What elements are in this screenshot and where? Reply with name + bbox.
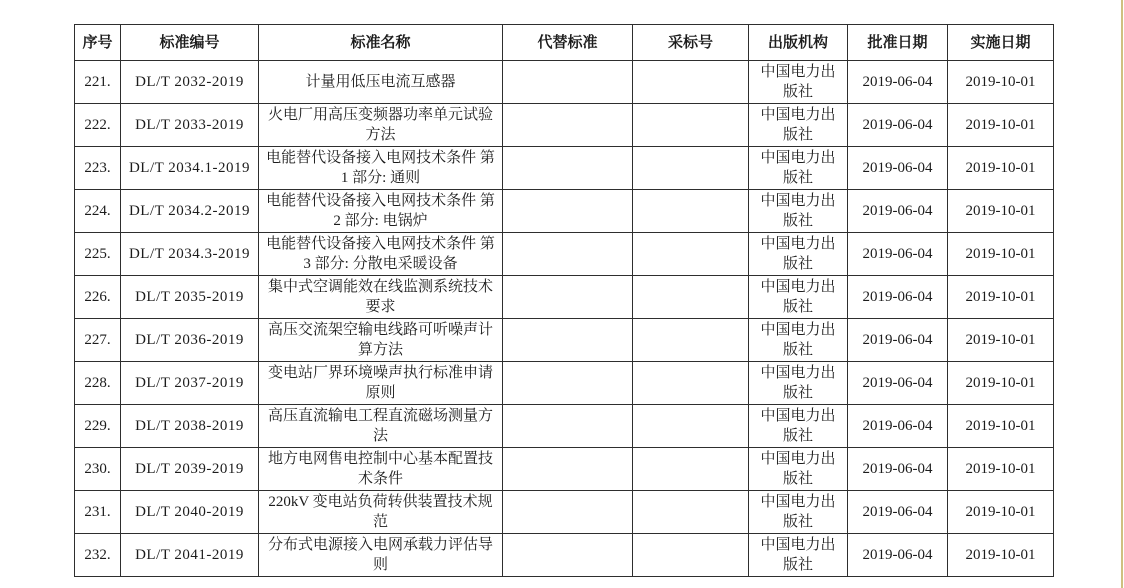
cell-num: 229. [75, 405, 121, 448]
cell-replaced [503, 405, 633, 448]
cell-name: 地方电网售电控制中心基本配置技 术条件 [259, 448, 503, 491]
cell-publisher: 中国电力出 版社 [749, 362, 848, 405]
cell-implemented: 2019-10-01 [948, 190, 1054, 233]
cell-implemented: 2019-10-01 [948, 319, 1054, 362]
cell-implemented: 2019-10-01 [948, 233, 1054, 276]
cell-adopted [633, 147, 749, 190]
column-header-adopted: 采标号 [633, 25, 749, 61]
table-row: 221.DL/T 2032-2019计量用低压电流互感器中国电力出 版社2019… [75, 61, 1054, 104]
cell-num: 232. [75, 534, 121, 577]
cell-adopted [633, 319, 749, 362]
cell-approved: 2019-06-04 [848, 276, 948, 319]
cell-replaced [503, 147, 633, 190]
cell-num: 231. [75, 491, 121, 534]
cell-approved: 2019-06-04 [848, 233, 948, 276]
cell-replaced [503, 534, 633, 577]
table-row: 231.DL/T 2040-2019220kV 变电站负荷转供装置技术规范中国电… [75, 491, 1054, 534]
cell-publisher: 中国电力出 版社 [749, 233, 848, 276]
table-header: 序号标准编号标准名称代替标准采标号出版机构批准日期实施日期 [75, 25, 1054, 61]
cell-adopted [633, 405, 749, 448]
cell-name: 集中式空调能效在线监测系统技术 要求 [259, 276, 503, 319]
column-header-implemented: 实施日期 [948, 25, 1054, 61]
cell-name: 电能替代设备接入电网技术条件 第 2 部分: 电锅炉 [259, 190, 503, 233]
standards-document-page: 序号标准编号标准名称代替标准采标号出版机构批准日期实施日期 221.DL/T 2… [0, 0, 1124, 588]
cell-replaced [503, 104, 633, 147]
cell-adopted [633, 448, 749, 491]
cell-num: 222. [75, 104, 121, 147]
cell-num: 221. [75, 61, 121, 104]
cell-implemented: 2019-10-01 [948, 534, 1054, 577]
cell-name: 电能替代设备接入电网技术条件 第 3 部分: 分散电采暖设备 [259, 233, 503, 276]
cell-approved: 2019-06-04 [848, 491, 948, 534]
cell-code: DL/T 2037-2019 [121, 362, 259, 405]
cell-adopted [633, 491, 749, 534]
cell-implemented: 2019-10-01 [948, 61, 1054, 104]
cell-replaced [503, 319, 633, 362]
cell-num: 226. [75, 276, 121, 319]
cell-adopted [633, 233, 749, 276]
cell-implemented: 2019-10-01 [948, 147, 1054, 190]
table-row: 224.DL/T 2034.2-2019电能替代设备接入电网技术条件 第 2 部… [75, 190, 1054, 233]
cell-num: 228. [75, 362, 121, 405]
cell-publisher: 中国电力出 版社 [749, 276, 848, 319]
cell-num: 227. [75, 319, 121, 362]
table-row: 225.DL/T 2034.3-2019电能替代设备接入电网技术条件 第 3 部… [75, 233, 1054, 276]
table-row: 222.DL/T 2033-2019火电厂用高压变频器功率单元试验 方法中国电力… [75, 104, 1054, 147]
cell-approved: 2019-06-04 [848, 190, 948, 233]
cell-replaced [503, 491, 633, 534]
cell-adopted [633, 61, 749, 104]
cell-replaced [503, 190, 633, 233]
cell-replaced [503, 276, 633, 319]
cell-approved: 2019-06-04 [848, 104, 948, 147]
cell-adopted [633, 362, 749, 405]
cell-name: 分布式电源接入电网承载力评估导 则 [259, 534, 503, 577]
cell-implemented: 2019-10-01 [948, 405, 1054, 448]
column-header-code: 标准编号 [121, 25, 259, 61]
cell-name: 计量用低压电流互感器 [259, 61, 503, 104]
cell-replaced [503, 362, 633, 405]
column-header-name: 标准名称 [259, 25, 503, 61]
cell-name: 火电厂用高压变频器功率单元试验 方法 [259, 104, 503, 147]
table-body: 221.DL/T 2032-2019计量用低压电流互感器中国电力出 版社2019… [75, 61, 1054, 577]
cell-name: 高压直流输电工程直流磁场测量方 法 [259, 405, 503, 448]
cell-publisher: 中国电力出 版社 [749, 491, 848, 534]
cell-approved: 2019-06-04 [848, 147, 948, 190]
cell-implemented: 2019-10-01 [948, 276, 1054, 319]
cell-publisher: 中国电力出 版社 [749, 190, 848, 233]
table-row: 232.DL/T 2041-2019分布式电源接入电网承载力评估导 则中国电力出… [75, 534, 1054, 577]
cell-approved: 2019-06-04 [848, 448, 948, 491]
table-row: 230.DL/T 2039-2019地方电网售电控制中心基本配置技 术条件中国电… [75, 448, 1054, 491]
cell-code: DL/T 2034.1-2019 [121, 147, 259, 190]
cell-publisher: 中国电力出 版社 [749, 319, 848, 362]
cell-name: 电能替代设备接入电网技术条件 第 1 部分: 通则 [259, 147, 503, 190]
cell-approved: 2019-06-04 [848, 534, 948, 577]
cell-publisher: 中国电力出 版社 [749, 405, 848, 448]
standards-table: 序号标准编号标准名称代替标准采标号出版机构批准日期实施日期 221.DL/T 2… [74, 24, 1054, 577]
cell-adopted [633, 104, 749, 147]
table-row: 226.DL/T 2035-2019集中式空调能效在线监测系统技术 要求中国电力… [75, 276, 1054, 319]
column-header-replaced: 代替标准 [503, 25, 633, 61]
cell-implemented: 2019-10-01 [948, 362, 1054, 405]
cell-name: 220kV 变电站负荷转供装置技术规范 [259, 491, 503, 534]
column-header-approved: 批准日期 [848, 25, 948, 61]
cell-adopted [633, 276, 749, 319]
cell-num: 223. [75, 147, 121, 190]
cell-publisher: 中国电力出 版社 [749, 147, 848, 190]
cell-code: DL/T 2034.2-2019 [121, 190, 259, 233]
cell-code: DL/T 2035-2019 [121, 276, 259, 319]
cell-code: DL/T 2033-2019 [121, 104, 259, 147]
cell-approved: 2019-06-04 [848, 319, 948, 362]
table-row: 227.DL/T 2036-2019高压交流架空输电线路可听噪声计 算方法中国电… [75, 319, 1054, 362]
cell-replaced [503, 448, 633, 491]
cell-implemented: 2019-10-01 [948, 104, 1054, 147]
cell-publisher: 中国电力出 版社 [749, 448, 848, 491]
table-row: 229.DL/T 2038-2019高压直流输电工程直流磁场测量方 法中国电力出… [75, 405, 1054, 448]
table-header-row: 序号标准编号标准名称代替标准采标号出版机构批准日期实施日期 [75, 25, 1054, 61]
column-header-publisher: 出版机构 [749, 25, 848, 61]
cell-publisher: 中国电力出 版社 [749, 61, 848, 104]
cell-implemented: 2019-10-01 [948, 448, 1054, 491]
cell-code: DL/T 2041-2019 [121, 534, 259, 577]
cell-implemented: 2019-10-01 [948, 491, 1054, 534]
cell-publisher: 中国电力出 版社 [749, 534, 848, 577]
cell-replaced [503, 233, 633, 276]
cell-code: DL/T 2036-2019 [121, 319, 259, 362]
cell-code: DL/T 2038-2019 [121, 405, 259, 448]
cell-adopted [633, 190, 749, 233]
cell-replaced [503, 61, 633, 104]
cell-approved: 2019-06-04 [848, 405, 948, 448]
cell-num: 224. [75, 190, 121, 233]
cell-name: 高压交流架空输电线路可听噪声计 算方法 [259, 319, 503, 362]
cell-publisher: 中国电力出 版社 [749, 104, 848, 147]
column-header-num: 序号 [75, 25, 121, 61]
cell-code: DL/T 2032-2019 [121, 61, 259, 104]
cell-code: DL/T 2040-2019 [121, 491, 259, 534]
cell-code: DL/T 2034.3-2019 [121, 233, 259, 276]
cell-adopted [633, 534, 749, 577]
table-row: 228.DL/T 2037-2019变电站厂界环境噪声执行标准申请 原则中国电力… [75, 362, 1054, 405]
cell-name: 变电站厂界环境噪声执行标准申请 原则 [259, 362, 503, 405]
cell-approved: 2019-06-04 [848, 61, 948, 104]
table-row: 223.DL/T 2034.1-2019电能替代设备接入电网技术条件 第 1 部… [75, 147, 1054, 190]
page-edge-line [1121, 0, 1123, 588]
cell-approved: 2019-06-04 [848, 362, 948, 405]
cell-num: 225. [75, 233, 121, 276]
cell-num: 230. [75, 448, 121, 491]
cell-code: DL/T 2039-2019 [121, 448, 259, 491]
